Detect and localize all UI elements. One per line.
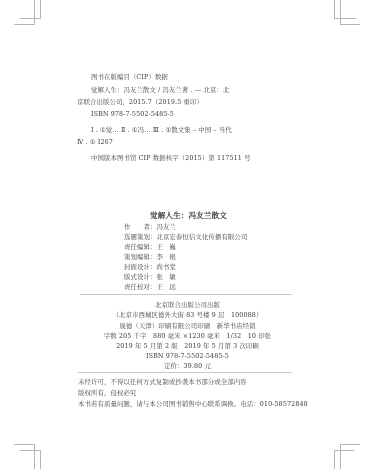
publisher-address: （北京市西城区德外大街 83 号楼 9 层 100088）	[0, 311, 375, 319]
edition-info: 2019 年 5 月第 2 版 2019 年 5 月第 3 次印刷	[0, 342, 375, 350]
credit-planning: 选题策划：北京宏泰恒信文化传播有限公司	[124, 233, 247, 241]
separator-bottom	[78, 372, 292, 373]
cip-classification-2: Ⅳ . ① I267	[77, 138, 113, 146]
publisher-isbn: ISBN 978-7-5502-5485-5	[0, 352, 375, 360]
book-specs: 字数 205 千字 880 毫米 ×1230 毫米 1/32 10 印张	[0, 332, 375, 340]
credit-planning-editor: 策划编辑：李 根	[124, 253, 176, 261]
credit-proofreader: 责任校对：王 远	[124, 283, 176, 291]
publisher-name: 北京联合出版公司出版	[0, 301, 375, 309]
printer-info: 晟德（天津）印刷有限公司印刷 新华书店经销	[0, 322, 375, 330]
cip-line-1: 觉解人生：冯友兰散文 / 冯友兰著 . — 北京：北	[91, 86, 229, 94]
copyright-notice-1: 未经许可，不得以任何方式复制或抄袭本书部分或全部内容	[78, 378, 247, 386]
cip-number: 中国版本图书馆 CIP 数据核字（2015）第 117511 号	[91, 154, 251, 162]
cip-isbn: ISBN 978-7-5502-5485-5	[91, 110, 174, 118]
copyright-notice-2: 版权所有，侵权必究	[78, 389, 136, 397]
credit-editor: 责任编辑：王 巍	[124, 243, 176, 251]
copyright-notice-3: 本书若有质量问题，请与本公司图书销售中心联系调换。电话：010-58572848	[78, 400, 308, 408]
credit-cover-design: 封面设计：尚书堂	[124, 263, 176, 271]
cip-classification-1: Ⅰ . ①觉… Ⅱ . ①冯… Ⅲ . ①散文集 – 中国 – 当代	[91, 126, 232, 134]
book-title: 觉解人生：冯友兰散文	[150, 212, 227, 220]
price: 定价：39.80 元	[0, 362, 375, 370]
cip-heading: 图书在版编目（CIP）数据	[91, 73, 168, 81]
credit-author: 作 者：冯友兰	[124, 223, 176, 231]
cip-line-2: 京联合出版公司，2015.7（2019.5 重印）	[77, 98, 203, 106]
credit-layout-design: 版式设计：张 敏	[124, 273, 176, 281]
separator-top	[80, 294, 292, 295]
